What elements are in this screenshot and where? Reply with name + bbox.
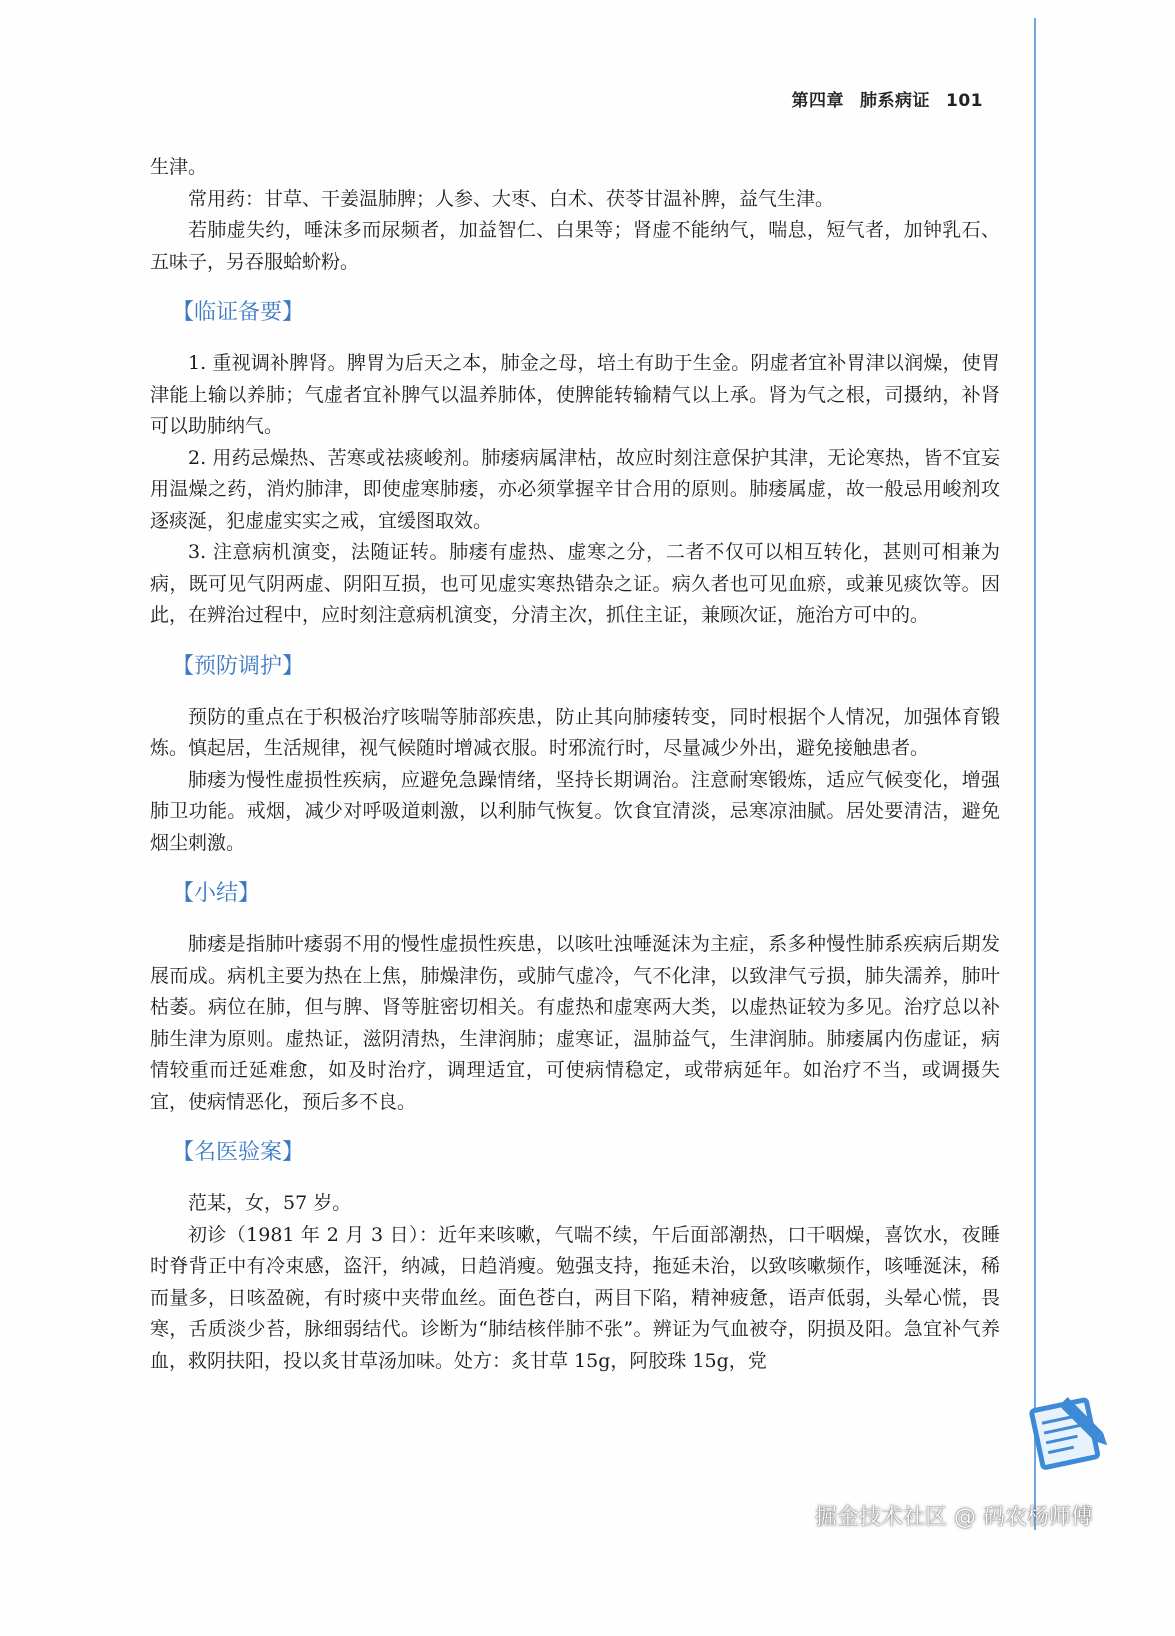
section-heading-case: 【名医验案】 xyxy=(150,1138,1000,1168)
notes-pencil-icon xyxy=(1026,1388,1110,1472)
paragraph: 3. 注意病机演变，法随证转。肺痿有虚热、虚寒之分，二者不仅可以相互转化，甚则可… xyxy=(150,537,1000,632)
watermark: 掘金技术社区 @ 码农杨师傅 xyxy=(815,1500,1093,1531)
section-heading-clinical: 【临证备要】 xyxy=(150,298,1000,328)
paragraph: 初诊（1981 年 2 月 3 日）：近年来咳嗽，气喘不续，午后面部潮热，口干咽… xyxy=(150,1220,1000,1378)
paragraph: 生津。 xyxy=(150,152,1000,184)
paragraph: 范某，女，57 岁。 xyxy=(150,1188,1000,1220)
paragraph: 预防的重点在于积极治疗咳喘等肺部疾患，防止其向肺痿转变，同时根据个人情况，加强体… xyxy=(150,702,1000,765)
paragraph: 肺痿为慢性虚损性疾病，应避免急躁情绪，坚持长期调治。注意耐寒锻炼，适应气候变化，… xyxy=(150,765,1000,860)
paragraph: 1. 重视调补脾肾。脾胃为后天之本，肺金之母，培土有助于生金。阴虚者宜补胃津以润… xyxy=(150,348,1000,443)
margin-rule xyxy=(1034,18,1036,1530)
section-heading-prevention: 【预防调护】 xyxy=(150,652,1000,682)
chapter-number: 第四章 xyxy=(792,91,845,111)
section-heading-summary: 【小结】 xyxy=(150,879,1000,909)
paragraph: 2. 用药忌燥热、苦寒或祛痰峻剂。肺痿病属津枯，故应时刻注意保护其津，无论寒热，… xyxy=(150,443,1000,538)
running-header: 第四章肺系病证101 xyxy=(776,86,984,111)
paragraph: 常用药：甘草、干姜温肺脾；人参、大枣、白术、茯苓甘温补脾，益气生津。 xyxy=(150,184,1000,216)
chapter-title: 肺系病证 xyxy=(860,91,930,111)
page-body: 生津。 常用药：甘草、干姜温肺脾；人参、大枣、白术、茯苓甘温补脾，益气生津。 若… xyxy=(150,152,1000,1377)
paragraph: 肺痿是指肺叶痿弱不用的慢性虚损性疾患，以咳吐浊唾涎沫为主症，系多种慢性肺系疾病后… xyxy=(150,929,1000,1118)
book-page: 第四章肺系病证101 生津。 常用药：甘草、干姜温肺脾；人参、大枣、白术、茯苓甘… xyxy=(0,0,1175,1636)
page-number: 101 xyxy=(946,91,983,111)
paragraph: 若肺虚失约，唾沫多而尿频者，加益智仁、白果等；肾虚不能纳气，喘息，短气者，加钟乳… xyxy=(150,215,1000,278)
